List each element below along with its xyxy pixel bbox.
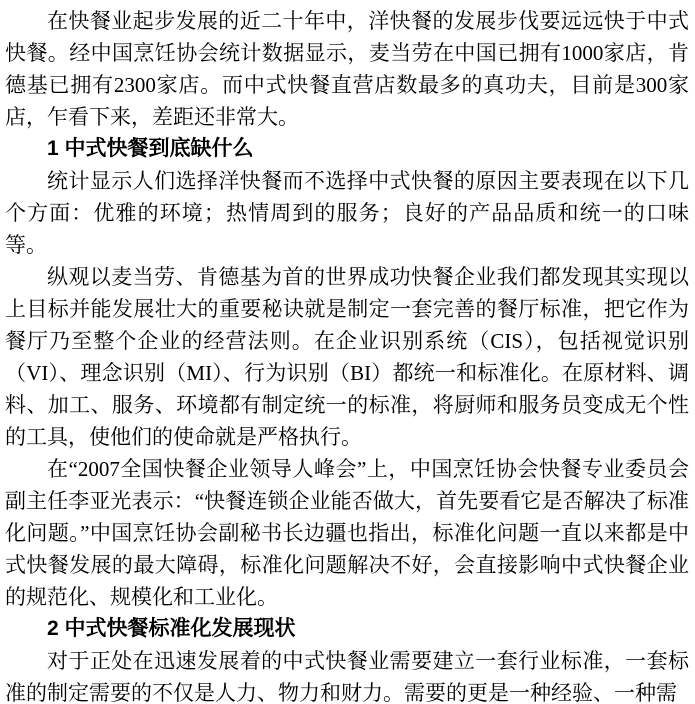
paragraph-standards-secret: 纵观以麦当劳、肯德基为首的世界成功快餐企业我们都发现其实现以上目标并能发展壮大的… [5, 261, 689, 453]
section-heading-1: 1 中式快餐到底缺什么 [5, 133, 689, 165]
paragraph-industry-gap: 在快餐业起步发展的近二十年中，洋快餐的发展步伐要远远快于中式快餐。经中国烹饪协会… [5, 5, 689, 133]
section-heading-2: 2 中式快餐标准化发展现状 [5, 613, 689, 645]
paragraph-development-status: 对于正处在迅速发展着的中式快餐业需要建立一套行业标准，一套标准的制定需要的不仅是… [5, 645, 689, 704]
paragraph-consumer-reasons: 统计显示人们选择洋快餐而不选择中式快餐的原因主要表现在以下几个方面：优雅的环境；… [5, 165, 689, 261]
paragraph-summit-quotes: 在“2007全国快餐企业领导人峰会”上，中国烹饪协会快餐专业委员会副主任李亚光表… [5, 453, 689, 613]
document-page: 在快餐业起步发展的近二十年中，洋快餐的发展步伐要远远快于中式快餐。经中国烹饪协会… [0, 0, 695, 704]
